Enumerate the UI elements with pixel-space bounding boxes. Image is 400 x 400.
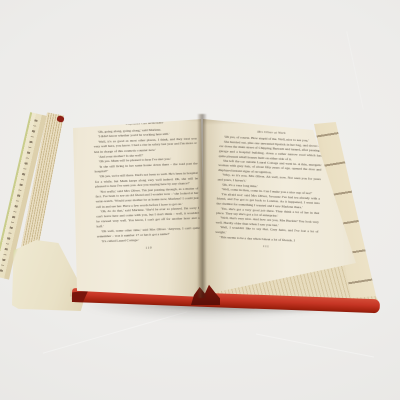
left-page-text: Elephants Can Remember 'Oh, going along,… xyxy=(93,119,200,252)
left-page: Elephants Can Remember 'Oh, going along,… xyxy=(62,112,205,298)
right-page-number: 111 xyxy=(215,242,318,251)
left-page-number: 110 xyxy=(97,244,200,253)
gutter-shadow xyxy=(197,114,207,298)
surface-scratch xyxy=(256,334,374,358)
surface-scratch xyxy=(346,31,364,109)
right-page-text: Mrs Oliver at Work 'Oh yes, of course. H… xyxy=(215,128,323,252)
right-page-paragraphs: 'Oh yes, of course. How stupid of me. We… xyxy=(215,134,323,244)
photo-scene: Elephants Can Remember 'Oh, going along,… xyxy=(0,0,400,400)
left-page-paragraphs: 'Oh, going along, going along,' said Mar… xyxy=(93,126,200,244)
